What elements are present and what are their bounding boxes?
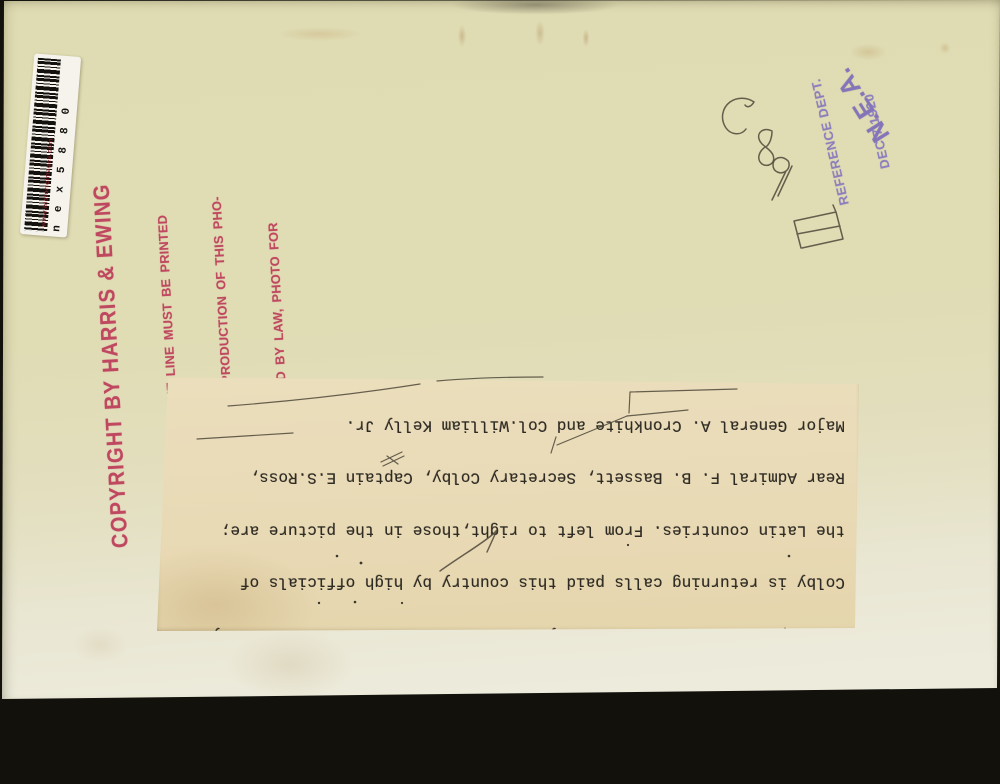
copyright-stamp-title: COPYRIGHT BY HARRIS & EWING [89,208,136,549]
caption-line: at Newport News from where they sailed f… [193,626,845,644]
caption-line: Rear Admiral F. B. Bassett, Secretary Co… [193,469,845,487]
caption-slip: Secretary of State Bainbridge Colby and … [155,375,861,633]
pencil-slash [778,166,792,196]
reference-date: DEC 7 1920 [853,56,902,206]
pencil-loop-c [723,98,754,134]
caption-line: the Latin countries. From left to right,… [193,521,845,539]
reference-dept-label: REFERENCE DEPT. [806,67,855,217]
pencil-figure-8 [759,130,774,166]
caption-text: Secretary of State Bainbridge Colby and … [193,381,845,705]
photo-verso: nex5880 www.historicimages.com COPYRIGHT… [0,0,1000,705]
caption-line: Colby is returning calls paid this count… [193,574,845,592]
pencil-figure-9 [772,158,789,200]
caption-line: the yacht Mayflower just before transfer… [193,679,845,697]
reference-date-stamp: REFERENCE DEPT. DEC 7 1920 [775,70,842,224]
copyright-stamp: COPYRIGHT BY HARRIS & EWING THE ABOVE CO… [54,205,178,550]
caption-line: Major General A. Cronkhite and Col.Willi… [193,416,845,434]
